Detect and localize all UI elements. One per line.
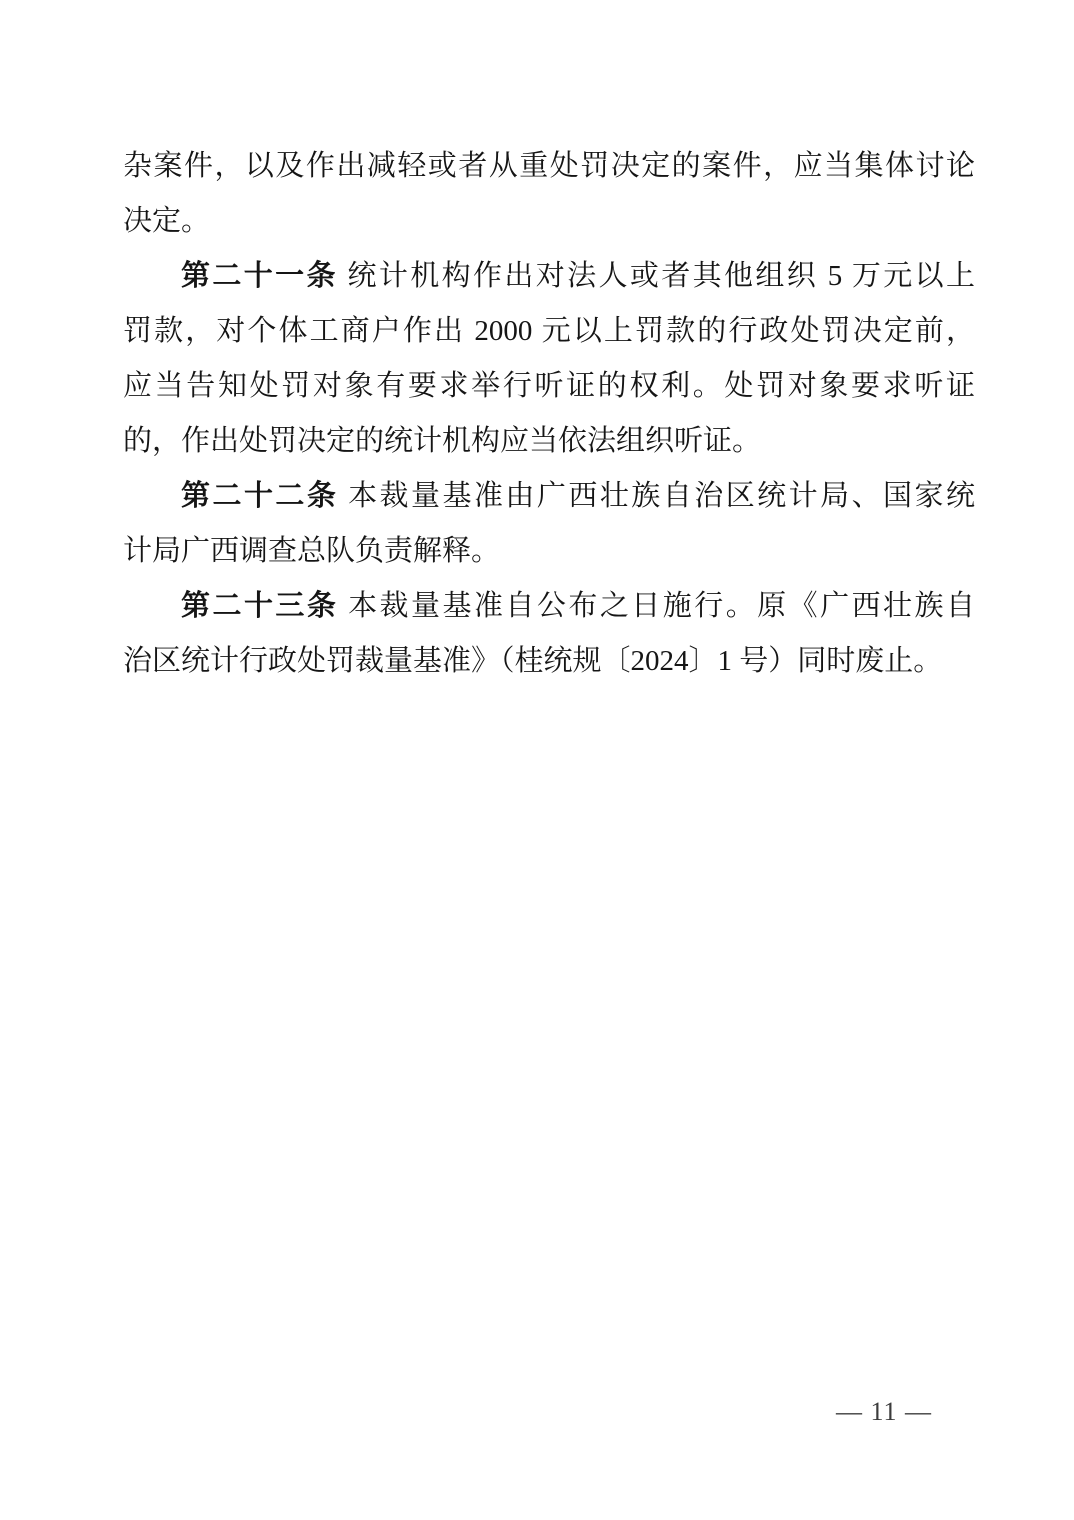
text-line: 第二十三条 本裁量基准自公布之日施行。原《广西壮族自 [123,579,975,634]
text-line: 应当告知处罚对象有要求举行听证的权利。处罚对象要求听证 [123,359,975,414]
text-run: 本裁量基准自公布之日施行。原《广西壮族自 [338,590,975,622]
text-run: 决定。 [123,205,210,237]
text-line: 计局广西调查总队负责解释。 [123,524,975,579]
text-run: 的，作出处罚决定的统计机构应当依法组织听证。 [123,425,761,457]
document-page: 杂案件，以及作出减轻或者从重处罚决定的案件，应当集体讨论决定。第二十一条 统计机… [0,0,1074,1520]
text-run: 杂案件，以及作出减轻或者从重处罚决定的案件，应当集体讨论 [123,150,975,182]
text-run: 计局广西调查总队负责解释。 [123,535,500,567]
text-run: 治区统计行政处罚裁量基准》（桂统规〔2024〕1 号）同时废止。 [123,645,942,677]
text-line: 第二十二条 本裁量基准由广西壮族自治区统计局、国家统 [123,469,975,524]
text-line: 杂案件，以及作出减轻或者从重处罚决定的案件，应当集体讨论 [123,139,975,194]
article-heading: 第二十一条 [181,260,338,292]
text-run: 应当告知处罚对象有要求举行听证的权利。处罚对象要求听证 [123,370,975,402]
page-number: — 11 — [836,1396,932,1428]
text-run: 统计机构作出对法人或者其他组织 5 万元以上 [338,260,975,292]
text-line: 罚款，对个体工商户作出 2000 元以上罚款的行政处罚决定前， [123,304,975,359]
text-line: 决定。 [123,194,975,249]
text-content: 杂案件，以及作出减轻或者从重处罚决定的案件，应当集体讨论决定。第二十一条 统计机… [123,139,975,689]
article-heading: 第二十二条 [181,480,338,512]
article-heading: 第二十三条 [181,590,338,622]
text-line: 治区统计行政处罚裁量基准》（桂统规〔2024〕1 号）同时废止。 [123,634,975,689]
text-run: 本裁量基准由广西壮族自治区统计局、国家统 [338,480,975,512]
text-line: 第二十一条 统计机构作出对法人或者其他组织 5 万元以上 [123,249,975,304]
text-line: 的，作出处罚决定的统计机构应当依法组织听证。 [123,414,975,469]
text-run: 罚款，对个体工商户作出 2000 元以上罚款的行政处罚决定前， [123,315,975,347]
